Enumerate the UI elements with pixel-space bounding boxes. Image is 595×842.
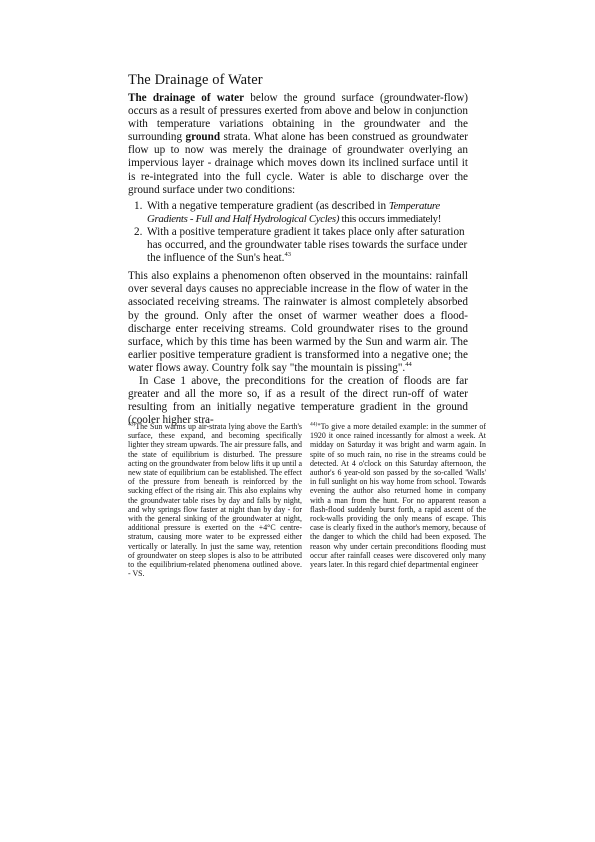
footnote-ref-44[interactable]: 44	[405, 361, 412, 368]
condition-item-1: 1. With a negative temperature gradient …	[128, 200, 468, 226]
footnote-43: 43)The Sun warms up air-strata lying abo…	[128, 422, 302, 578]
footnote-ref-43[interactable]: 43	[284, 251, 291, 258]
document-page: The Drainage of Water The drainage of wa…	[0, 0, 595, 842]
condition-text: With a negative temperature gradient (as…	[147, 200, 389, 212]
conditions-list: 1. With a negative temperature gradient …	[128, 200, 468, 265]
main-text-body: The drainage of water below the ground s…	[128, 92, 468, 427]
footnote-text: "To give a more detailed example: in the…	[310, 422, 486, 569]
footnote-44: 44)"To give a more detailed example: in …	[310, 422, 486, 569]
paragraph-mountains: This also explains a phenomenon often ob…	[128, 270, 468, 375]
section-title: The Drainage of Water	[128, 72, 263, 89]
paragraph-case-1: In Case 1 above, the preconditions for t…	[128, 375, 468, 427]
condition-text-after: this occurs immediately!	[339, 213, 441, 225]
condition-number: 1.	[134, 200, 142, 213]
lead-phrase: The drainage of water	[128, 92, 244, 104]
intro-paragraph: The drainage of water below the ground s…	[128, 92, 468, 197]
footnote-text: The Sun warms up air-strata lying above …	[128, 422, 302, 578]
condition-item-2: 2. With a positive temperature gradient …	[128, 226, 468, 265]
paragraph-text: This also explains a phenomenon often ob…	[128, 270, 468, 374]
condition-text: With a positive temperature gradient it …	[147, 226, 467, 264]
condition-number: 2.	[134, 226, 142, 239]
bold-word-ground: ground	[185, 131, 220, 143]
